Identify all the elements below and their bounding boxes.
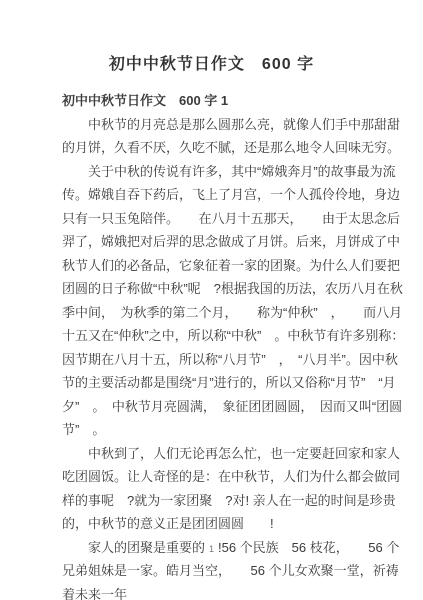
paragraph-intro: 中秋节的月亮总是那么圆那么亮，就像人们手中那甜甜的月饼，久看不厌，久吃不腻，还是… xyxy=(62,113,410,160)
document-page: 初中中秋节日作文 600 字 初中中秋节日作文 600 字 1 中秋节的月亮总是… xyxy=(0,0,423,600)
page-title: 初中中秋节日作文 600 字 xyxy=(10,56,413,74)
essay-body: 初中中秋节日作文 600 字 1 中秋节的月亮总是那么圆那么亮，就像人们手中那甜… xyxy=(62,89,410,600)
essay-subtitle: 初中中秋节日作文 600 字 1 xyxy=(62,89,410,113)
page-number: 1 xyxy=(0,543,423,555)
paragraph-legend: 关于中秋的传说有许多，其中“嫦娥奔月”的故事最为流传。嫦娥自吞下药后，飞上了月宫… xyxy=(62,160,410,442)
paragraph-reunion: 中秋到了，人们无论再怎么忙，也一定要赶回家和家人吃团圆饭。让人奇怪的是：在中秋节… xyxy=(62,442,410,536)
